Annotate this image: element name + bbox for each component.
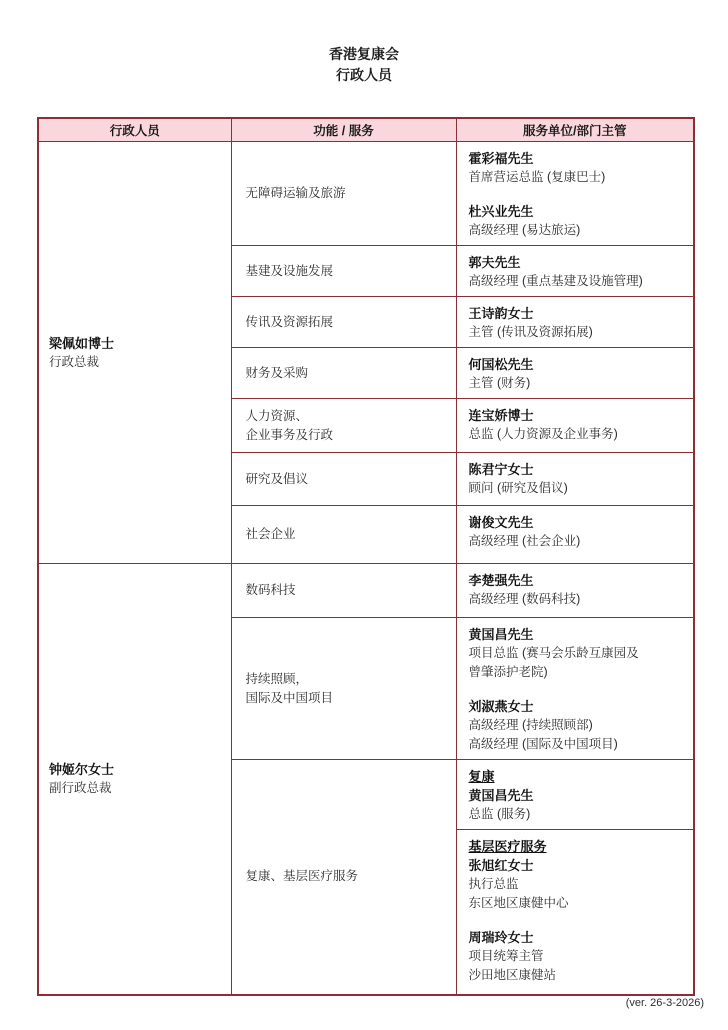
person-title: 项目总监 (赛马会乐龄互康园及 <box>469 644 686 663</box>
person-cell: 黄国昌先生 项目总监 (赛马会乐龄互康园及 曾肇添护老院) 刘淑燕女士 高级经理… <box>456 618 694 760</box>
person-name: 郭夫先生 <box>469 253 686 272</box>
person-name: 周瑞玲女士 <box>469 928 686 947</box>
person-title: 高级经理 (国际及中国项目) <box>469 735 686 754</box>
header-row: 行政人员 功能 / 服务 服务单位/部门主管 <box>38 118 694 142</box>
person-cell: 谢俊文先生 高级经理 (社会企业) <box>456 506 694 564</box>
function-cell: 研究及倡议 <box>231 453 456 506</box>
function-cell: 人力资源、 企业事务及行政 <box>231 399 456 453</box>
header-unit-head: 服务单位/部门主管 <box>456 118 694 142</box>
title-line-2: 行政人员 <box>0 65 728 86</box>
function-cell: 财务及采购 <box>231 348 456 399</box>
function-line: 传讯及资源拓展 <box>246 313 450 332</box>
spacer <box>469 187 686 202</box>
person-cell: 陈君宁女士 顾问 (研究及倡议) <box>456 453 694 506</box>
function-cell: 无障碍运输及旅游 <box>231 142 456 246</box>
header-function-service: 功能 / 服务 <box>231 118 456 142</box>
person-title: 首席营运总监 (复康巴士) <box>469 168 686 187</box>
person-name: 何国松先生 <box>469 355 686 374</box>
person-title: 高级经理 (易达旅运) <box>469 221 686 240</box>
function-line: 财务及采购 <box>246 364 450 383</box>
version-label: (ver. 26-3-2026) <box>626 997 704 1009</box>
person-cell: 何国松先生 主管 (财务) <box>456 348 694 399</box>
person-title: 项目统筹主管 <box>469 947 686 966</box>
person-name: 陈君宁女士 <box>469 460 686 479</box>
person-name: 张旭红女士 <box>469 856 686 875</box>
subunit-heading: 基层医疗服务 <box>469 837 686 856</box>
person-name: 黄国昌先生 <box>469 625 686 644</box>
person-title: 东区地区康健中心 <box>469 894 686 913</box>
person-cell: 郭夫先生 高级经理 (重点基建及设施管理) <box>456 246 694 297</box>
function-line: 基建及设施发展 <box>246 262 450 281</box>
header-admin-staff: 行政人员 <box>38 118 231 142</box>
spacer <box>469 913 686 928</box>
person-cell: 基层医疗服务 张旭红女士 执行总监 东区地区康健中心 周瑞玲女士 项目统筹主管 … <box>456 830 694 995</box>
person-cell: 连宝娇博士 总监 (人力资源及企业事务) <box>456 399 694 453</box>
person-name: 黄国昌先生 <box>469 786 686 805</box>
function-cell: 复康、基层医疗服务 <box>231 760 456 995</box>
function-cell: 传讯及资源拓展 <box>231 297 456 348</box>
function-line: 无障碍运输及旅游 <box>246 184 450 203</box>
function-line: 复康、基层医疗服务 <box>246 867 450 886</box>
document-page: 香港复康会 行政人员 行政人员 功能 / 服务 服务单位/部门主管 梁佩如博士 … <box>0 0 728 1030</box>
person-title: 高级经理 (社会企业) <box>469 532 686 551</box>
org-table: 行政人员 功能 / 服务 服务单位/部门主管 梁佩如博士 行政总裁 无障碍运输及… <box>37 117 695 996</box>
person-title: 执行总监 <box>469 875 686 894</box>
person-title: 总监 (服务) <box>469 805 686 824</box>
function-cell: 基建及设施发展 <box>231 246 456 297</box>
leader-cell-ceo: 梁佩如博士 行政总裁 <box>38 142 231 564</box>
person-title: 高级经理 (持续照顾部) <box>469 716 686 735</box>
person-name: 王诗韵女士 <box>469 304 686 323</box>
function-line: 数码科技 <box>246 581 450 600</box>
person-cell: 李楚强先生 高级经理 (数码科技) <box>456 564 694 618</box>
person-cell: 复康 黄国昌先生 总监 (服务) <box>456 760 694 830</box>
table-row: 梁佩如博士 行政总裁 无障碍运输及旅游 霍彩福先生 首席营运总监 (复康巴士) … <box>38 142 694 246</box>
function-cell: 数码科技 <box>231 564 456 618</box>
person-name: 连宝娇博士 <box>469 406 686 425</box>
function-cell: 社会企业 <box>231 506 456 564</box>
person-title: 高级经理 (数码科技) <box>469 590 686 609</box>
person-title: 总监 (人力资源及企业事务) <box>469 425 686 444</box>
person-cell: 霍彩福先生 首席营运总监 (复康巴士) 杜兴业先生 高级经理 (易达旅运) <box>456 142 694 246</box>
leader-name: 梁佩如博士 <box>49 334 231 353</box>
leader-name: 钟姬尔女士 <box>49 760 231 779</box>
title-line-1: 香港复康会 <box>0 44 728 65</box>
document-title: 香港复康会 行政人员 <box>0 44 728 86</box>
person-name: 霍彩福先生 <box>469 149 686 168</box>
leader-cell-deputy-ceo: 钟姬尔女士 副行政总裁 <box>38 564 231 995</box>
spacer <box>469 682 686 697</box>
leader-title: 副行政总裁 <box>49 779 231 798</box>
person-title: 主管 (传讯及资源拓展) <box>469 323 686 342</box>
person-title: 主管 (财务) <box>469 374 686 393</box>
person-name: 谢俊文先生 <box>469 513 686 532</box>
table-row: 钟姬尔女士 副行政总裁 数码科技 李楚强先生 高级经理 (数码科技) <box>38 564 694 618</box>
function-line: 人力资源、 <box>246 407 450 426</box>
function-line: 持续照顾， <box>246 670 450 689</box>
function-line: 国际及中国项目 <box>246 689 450 708</box>
person-title: 高级经理 (重点基建及设施管理) <box>469 272 686 291</box>
leader-title: 行政总裁 <box>49 353 231 372</box>
person-cell: 王诗韵女士 主管 (传讯及资源拓展) <box>456 297 694 348</box>
person-title: 曾肇添护老院) <box>469 663 686 682</box>
function-cell: 持续照顾， 国际及中国项目 <box>231 618 456 760</box>
person-name: 李楚强先生 <box>469 571 686 590</box>
function-line: 企业事务及行政 <box>246 426 450 445</box>
person-title: 沙田地区康健站 <box>469 966 686 985</box>
function-line: 研究及倡议 <box>246 470 450 489</box>
person-name: 刘淑燕女士 <box>469 697 686 716</box>
person-name: 杜兴业先生 <box>469 202 686 221</box>
subunit-heading: 复康 <box>469 767 686 786</box>
function-line: 社会企业 <box>246 525 450 544</box>
person-title: 顾问 (研究及倡议) <box>469 479 686 498</box>
